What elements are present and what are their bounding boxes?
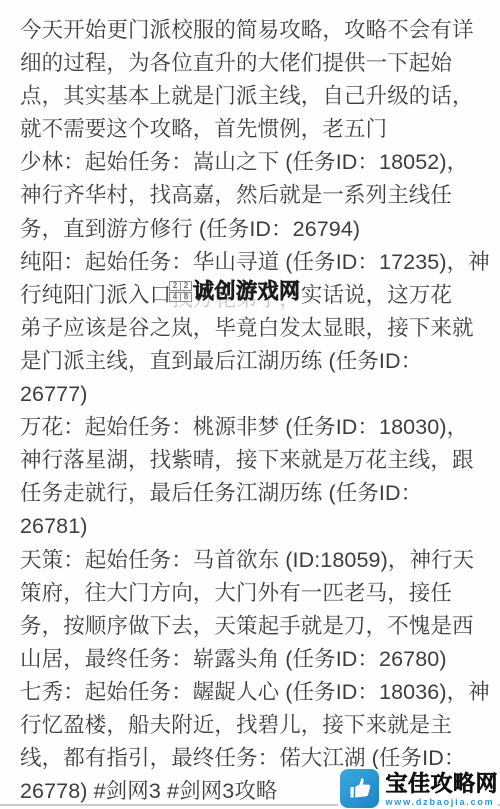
text-line: 天策：起始任务：马首欲东 (ID:18059)，神行天 <box>20 544 492 577</box>
text-line: 是门派主线，直到最后江湖历练 (任务ID： <box>20 345 492 378</box>
text-line: 万花：起始任务：桃源非梦 (任务ID：18030)， <box>20 411 492 444</box>
thumbs-up-icon <box>340 769 379 808</box>
text-line-with-watermark: 行纯阳门派入口找万花弟子，实话说，这万花 2 2 4 8 诚创游戏网 <box>20 279 492 312</box>
text-segment: 行纯阳门派入口 <box>20 283 171 307</box>
text-line: 点，其实基本上就是门派主线，自己升级的话， <box>20 80 492 113</box>
text-line: 务，按顺序做下去，天策起手就是刀，不愧是西 <box>20 610 492 643</box>
chengchuang-site-name: 诚创游戏网 <box>193 275 301 308</box>
text-line: 务，直到游方修行 (任务ID：26794) <box>20 213 492 246</box>
text-line: 山居，最终任务：崭露头角 (任务ID：26780) <box>20 643 492 676</box>
text-line: 神行齐华村，找高嘉，然后就是一系列主线任 <box>20 179 492 212</box>
text-line: 神行落星湖，找紫晴，接下来就是万花主线，跟 <box>20 444 492 477</box>
text-line: 七秀：起始任务：龌龊人心 (任务ID：18036)，神 <box>20 676 492 709</box>
text-segment: 实话说，这万花 <box>301 283 452 307</box>
chengchuang-watermark: 2 2 4 8 诚创游戏网 <box>169 275 301 308</box>
text-line: 今天开始更门派校服的简易攻略，攻略不会有详 <box>20 14 492 47</box>
text-line: 26781) <box>20 510 492 543</box>
logo-digit: 8 <box>180 292 192 302</box>
article-page: 今天开始更门派校服的简易攻略，攻略不会有详 细的过程，为各位直升的大佬们提供一下… <box>0 0 500 809</box>
text-line: 就不需要这个攻略，首先惯例，老五门 <box>20 113 492 146</box>
baojia-watermark: 宝佳攻略网 www.dzbaojia.com <box>338 769 498 808</box>
baojia-site-name: 宝佳攻略网 <box>385 771 498 797</box>
text-line: 行忆盈楼，船夫附近，找碧儿，接下来就是主 <box>20 709 492 742</box>
article-text-block: 今天开始更门派校服的简易攻略，攻略不会有详 细的过程，为各位直升的大佬们提供一下… <box>20 14 492 808</box>
logo-digit: 2 <box>180 281 192 291</box>
text-line: 细的过程，为各位直升的大佬们提供一下起始 <box>20 47 492 80</box>
baojia-text-column: 宝佳攻略网 www.dzbaojia.com <box>385 771 498 808</box>
chengchuang-grid-logo-icon: 2 2 4 8 <box>169 281 190 302</box>
text-line: 弟子应该是谷之岚，毕竟白发太显眼，接下来就 <box>20 312 492 345</box>
text-line: 任务走就行，最后任务江湖历练 (任务ID： <box>20 477 492 510</box>
baojia-site-url: www.dzbaojia.com <box>385 797 494 808</box>
text-line: 策府，往大门方向，大门外有一匹老马，接任 <box>20 577 492 610</box>
text-line: 26777) <box>20 378 492 411</box>
text-line: 少林：起始任务：嵩山之下 (任务ID：18052)， <box>20 146 492 179</box>
